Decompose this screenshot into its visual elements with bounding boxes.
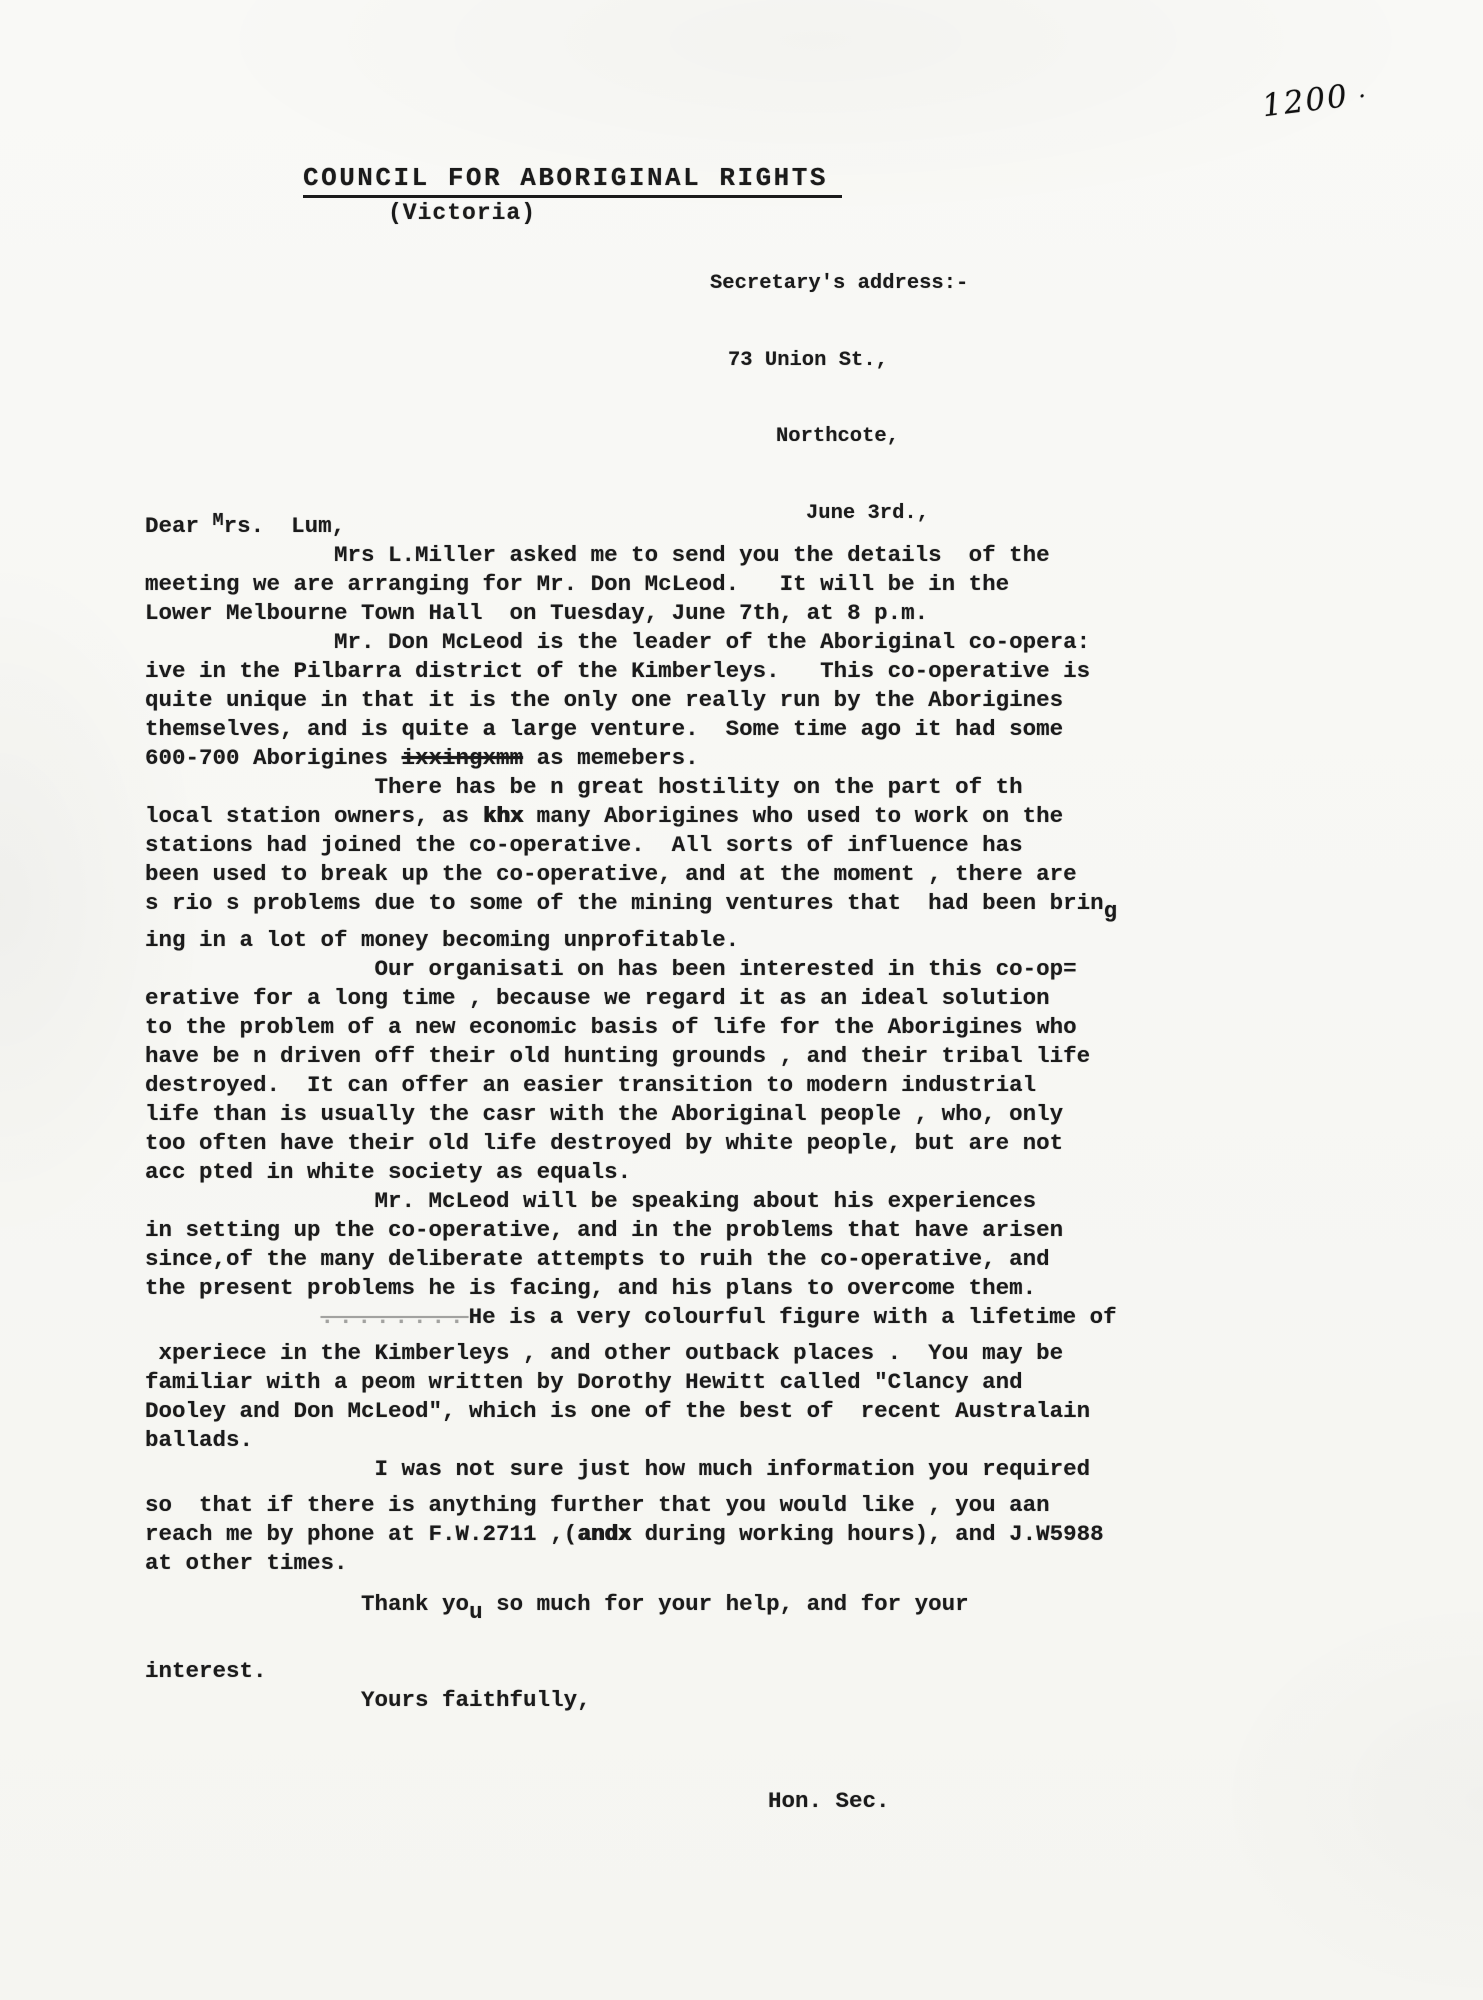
letter-line: Our organisati on has been interested in… xyxy=(145,955,1117,984)
letter-line: 600-700 Aborigines ixxingxmm as memebers… xyxy=(145,744,1117,773)
letter-page: 1200 COUNCIL FOR ABORIGINAL RIGHTS (Vict… xyxy=(0,0,1483,2000)
letter-line: at other times. xyxy=(145,1549,1117,1578)
letter-line: Thank you so much for your help, and for… xyxy=(145,1590,1117,1627)
letter-body: Dear Mrs. Lum, Mrs L.Miller asked me to … xyxy=(145,506,1117,1715)
organization-title: COUNCIL FOR ABORIGINAL RIGHTS xyxy=(303,163,842,198)
letter-line: quite unique in that it is the only one … xyxy=(145,686,1117,715)
letter-line: Dooley and Don McLeod", which is one of … xyxy=(145,1397,1117,1426)
letter-line: meeting we are arranging for Mr. Don McL… xyxy=(145,570,1117,599)
letter-line: ballads. xyxy=(145,1426,1117,1455)
letter-line: s rio s problems due to some of the mini… xyxy=(145,889,1117,926)
letter-line: I was not sure just how much information… xyxy=(145,1455,1117,1484)
letter-line: Yours faithfully, xyxy=(145,1686,1117,1715)
letter-line: in setting up the co-operative, and in t… xyxy=(145,1216,1117,1245)
letter-line: stations had joined the co-operative. Al… xyxy=(145,831,1117,860)
letter-line: to the problem of a new economic basis o… xyxy=(145,1013,1117,1042)
letter-line: Mr. McLeod will be speaking about his ex… xyxy=(145,1187,1117,1216)
letter-line: ........He is a very colourful figure wi… xyxy=(145,1303,1117,1332)
letter-line: since,of the many deliberate attempts to… xyxy=(145,1245,1117,1274)
letter-line: acc pted in white society as equals. xyxy=(145,1158,1117,1187)
letter-line: erative for a long time , because we reg… xyxy=(145,984,1117,1013)
letter-line: have be n driven off their old hunting g… xyxy=(145,1042,1117,1071)
letter-line: destroyed. It can offer an easier transi… xyxy=(145,1071,1117,1100)
letter-line: ive in the Pilbarra district of the Kimb… xyxy=(145,657,1117,686)
secretary-address-label: Secretary's address:- xyxy=(710,271,968,297)
handwritten-page-number: 1200 xyxy=(1260,76,1370,125)
letter-line: familiar with a peom written by Dorothy … xyxy=(145,1368,1117,1397)
letter-line: too often have their old life destroyed … xyxy=(145,1129,1117,1158)
letter-line: reach me by phone at F.W.2711 ,(andx dur… xyxy=(145,1520,1117,1549)
letter-line: so that if there is anything further tha… xyxy=(145,1491,1117,1520)
signature-title: Hon. Sec. xyxy=(768,1788,890,1814)
letter-line: Dear Mrs. Lum, xyxy=(145,506,1117,541)
secretary-address-line: 73 Union St., xyxy=(710,348,968,374)
letter-line: themselves, and is quite a large venture… xyxy=(145,715,1117,744)
letter-line: xperiece in the Kimberleys , and other o… xyxy=(145,1339,1117,1368)
letter-line: Lower Melbourne Town Hall on Tuesday, Ju… xyxy=(145,599,1117,628)
letter-line: local station owners, as khx many Aborig… xyxy=(145,802,1117,831)
letter-line: life than is usually the casr with the A… xyxy=(145,1100,1117,1129)
letter-line: ing in a lot of money becoming unprofita… xyxy=(145,926,1117,955)
organization-subtitle: (Victoria) xyxy=(388,200,536,226)
letter-line: Mr. Don McLeod is the leader of the Abor… xyxy=(145,628,1117,657)
letter-line: Mrs L.Miller asked me to send you the de… xyxy=(145,541,1117,570)
letter-line: the present problems he is facing, and h… xyxy=(145,1274,1117,1303)
letter-line: There has be n great hostility on the pa… xyxy=(145,773,1117,802)
letter-line: been used to break up the co-operative, … xyxy=(145,860,1117,889)
letter-line: interest. xyxy=(145,1657,1117,1686)
secretary-address-line: Northcote, xyxy=(710,424,968,450)
